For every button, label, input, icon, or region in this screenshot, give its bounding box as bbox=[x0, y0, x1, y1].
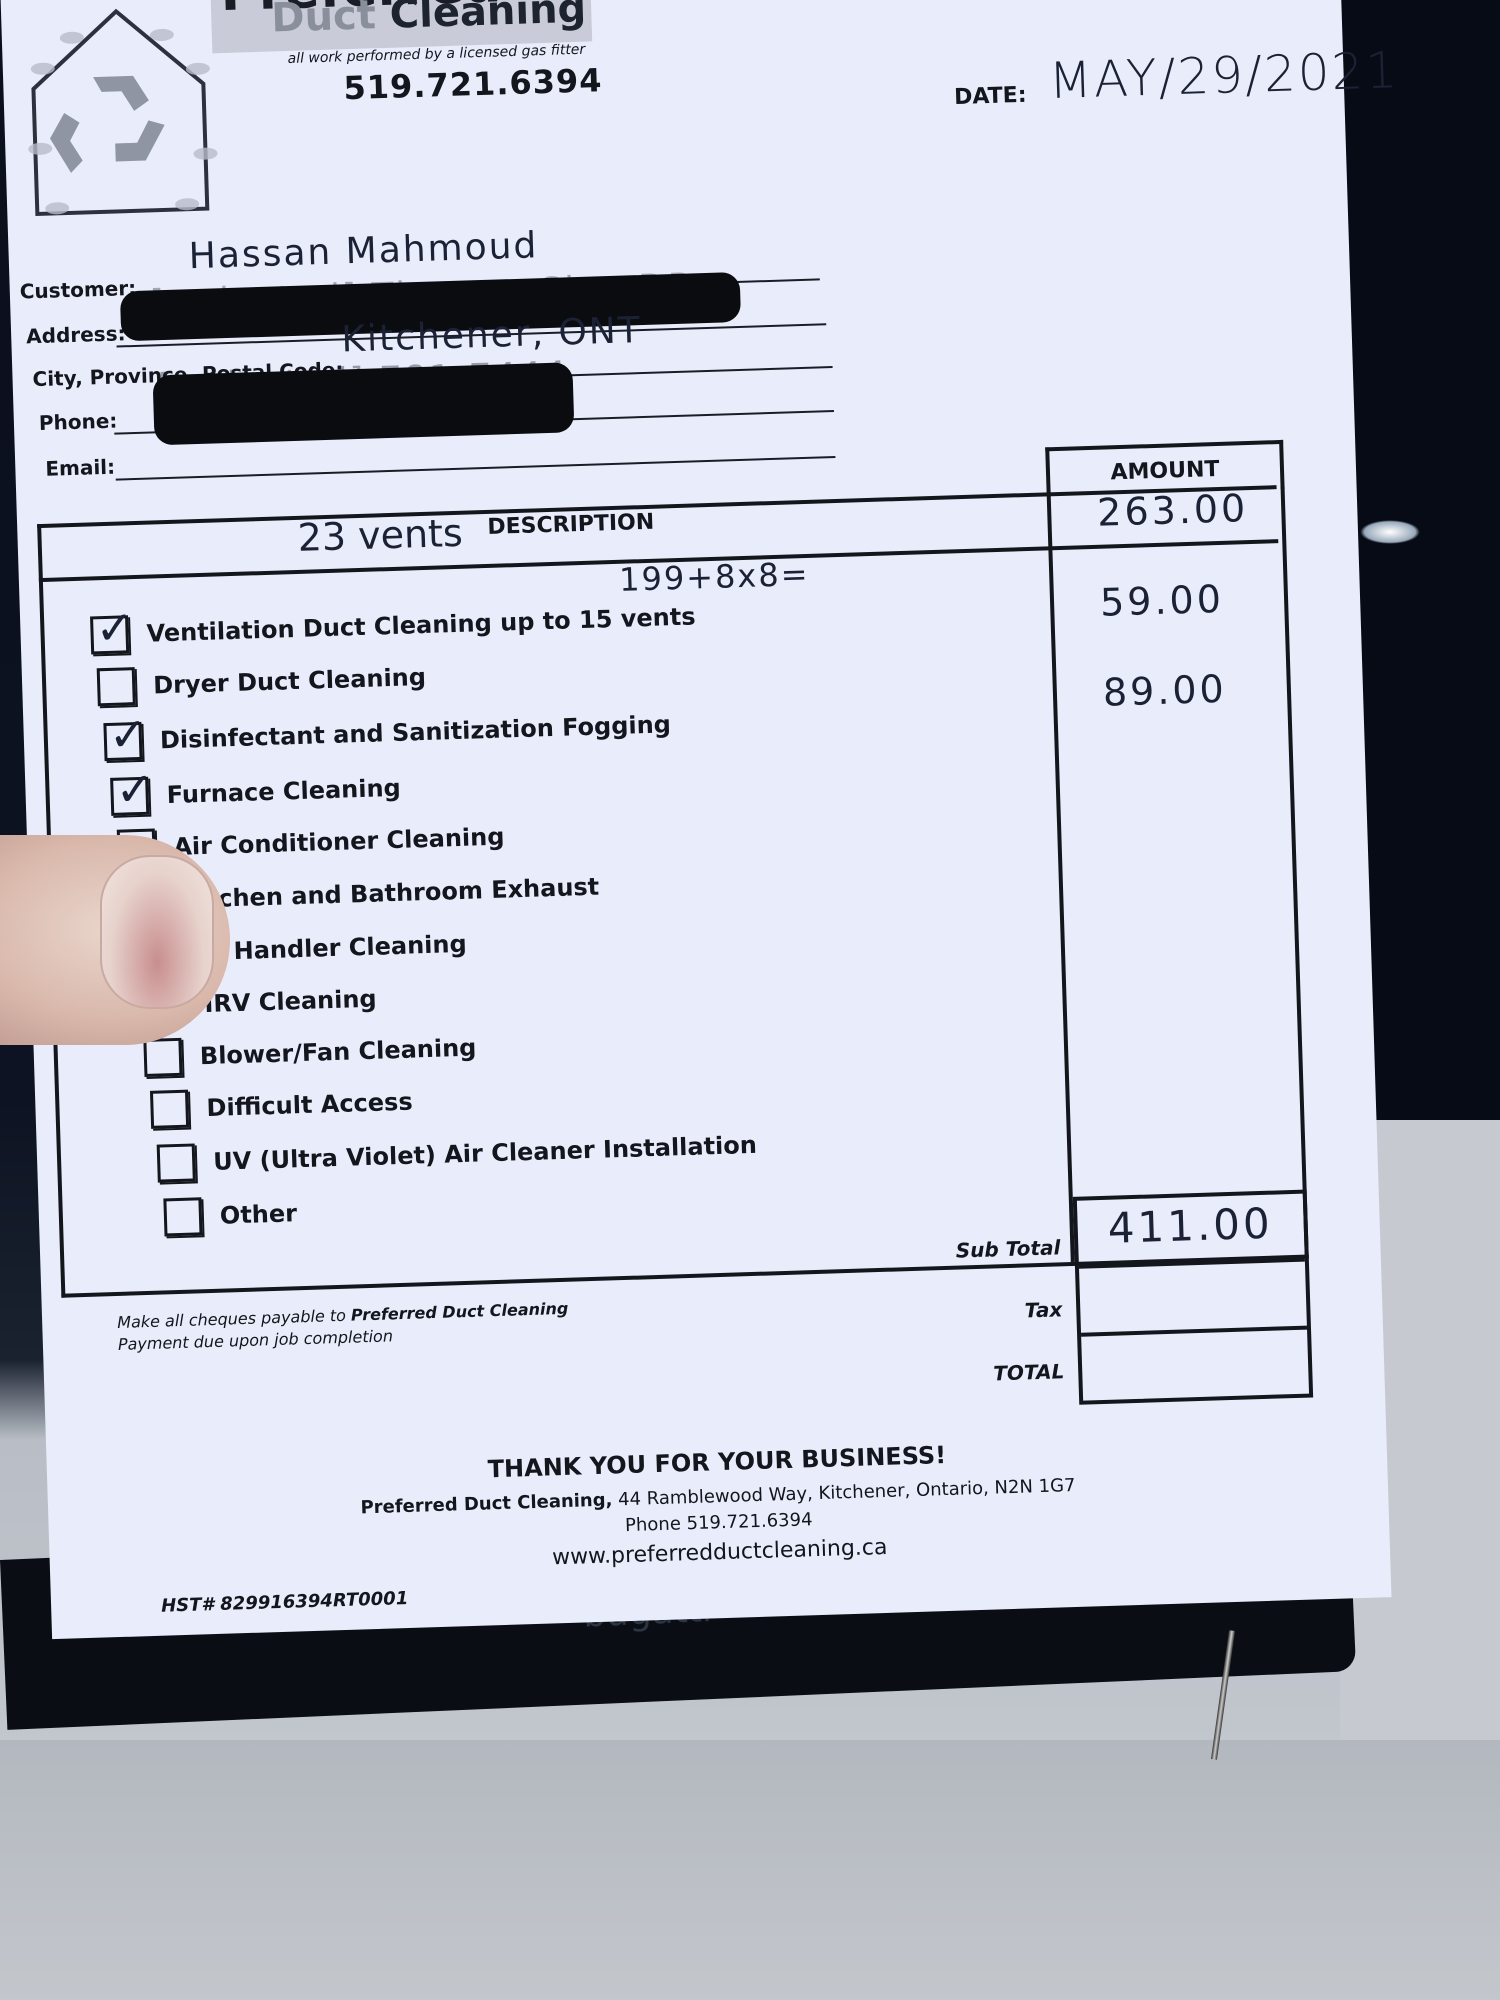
checkbox-icon[interactable] bbox=[157, 1143, 196, 1182]
line-item-label: Furnace Cleaning bbox=[166, 774, 401, 809]
checked-checkbox-icon[interactable] bbox=[103, 722, 142, 761]
payment-terms: Make all cheques payable to Preferred Du… bbox=[117, 1298, 569, 1356]
hst-number: HST# 829916394RT0001 bbox=[161, 1588, 409, 1617]
line-item: Difficult Access bbox=[150, 1082, 413, 1130]
tax-cell bbox=[1079, 1262, 1307, 1337]
brand-cleaning: Cleaning bbox=[389, 0, 587, 38]
checked-checkbox-icon[interactable] bbox=[110, 777, 149, 816]
header-phone: 519.721.6394 bbox=[343, 61, 603, 107]
thumbnail bbox=[100, 855, 214, 1009]
thumb bbox=[0, 835, 230, 1045]
address-company: Preferred Duct Cleaning, bbox=[360, 1490, 613, 1519]
total-cell bbox=[1081, 1330, 1309, 1401]
description-header: DESCRIPTION bbox=[487, 510, 655, 540]
recycle-house-icon bbox=[11, 0, 228, 230]
line-item-label: Difficult Access bbox=[206, 1088, 413, 1122]
email-line bbox=[116, 456, 836, 481]
checkbox-icon[interactable] bbox=[163, 1197, 202, 1236]
checkbox-icon[interactable] bbox=[97, 667, 136, 706]
phone-label: Phone: bbox=[39, 409, 118, 435]
line-item-label: HRV Cleaning bbox=[193, 985, 377, 1019]
calculation-note: 199+8x8= bbox=[619, 555, 810, 599]
line-item-amount: 59.00 bbox=[1099, 577, 1224, 625]
line-item-label: Air Conditioner Cleaning bbox=[173, 823, 505, 861]
brand-duct: Duct bbox=[271, 0, 377, 41]
city-value: Kitchener, ONT bbox=[341, 310, 643, 360]
date-label: DATE: bbox=[954, 83, 1027, 110]
cheques-company: Preferred Duct Cleaning bbox=[351, 1299, 569, 1325]
tax-label: Tax bbox=[902, 1297, 1063, 1326]
date-value: MAY/29/2021 bbox=[1048, 41, 1400, 110]
vents-note: 23 vents bbox=[297, 511, 463, 560]
customer-label: Customer: bbox=[19, 276, 136, 304]
checkbox-icon[interactable] bbox=[143, 1038, 182, 1077]
line-item-amount: 89.00 bbox=[1102, 667, 1227, 715]
email-label: Email: bbox=[45, 455, 115, 481]
phone-field: Phone: bbox=[39, 409, 118, 435]
customer-field: Customer: bbox=[19, 276, 136, 304]
total-label: TOTAL bbox=[904, 1359, 1065, 1388]
phone-redaction bbox=[152, 362, 574, 445]
line-item-label: Blower/Fan Cleaning bbox=[199, 1034, 476, 1071]
totals-box: 411.00 bbox=[1073, 1190, 1313, 1405]
line-item-label: Dryer Duct Cleaning bbox=[153, 663, 427, 700]
email-field: Email: bbox=[45, 455, 115, 481]
line-item-label: Kitchen and Bathroom Exhaust bbox=[180, 873, 600, 914]
invoice-paper: Preferred Duct Cleaning all work perform… bbox=[0, 0, 1391, 1639]
subtotal-label: Sub Total bbox=[900, 1235, 1061, 1264]
subtotal-cell: 411.00 bbox=[1077, 1194, 1305, 1269]
address-field: Address: bbox=[26, 321, 126, 348]
background-car-hood bbox=[0, 1740, 1500, 2000]
customer-value: Hassan Mahmoud bbox=[188, 225, 539, 277]
subtotal-value: 411.00 bbox=[1107, 1199, 1273, 1253]
checkbox-icon[interactable] bbox=[150, 1090, 189, 1129]
line-item: Other bbox=[163, 1193, 297, 1237]
line-item-label: Other bbox=[219, 1199, 297, 1229]
background-light-reflection bbox=[1360, 520, 1420, 544]
address-label: Address: bbox=[26, 321, 126, 348]
line-item-amount: 263.00 bbox=[1097, 486, 1249, 535]
checked-checkbox-icon[interactable] bbox=[90, 615, 129, 654]
